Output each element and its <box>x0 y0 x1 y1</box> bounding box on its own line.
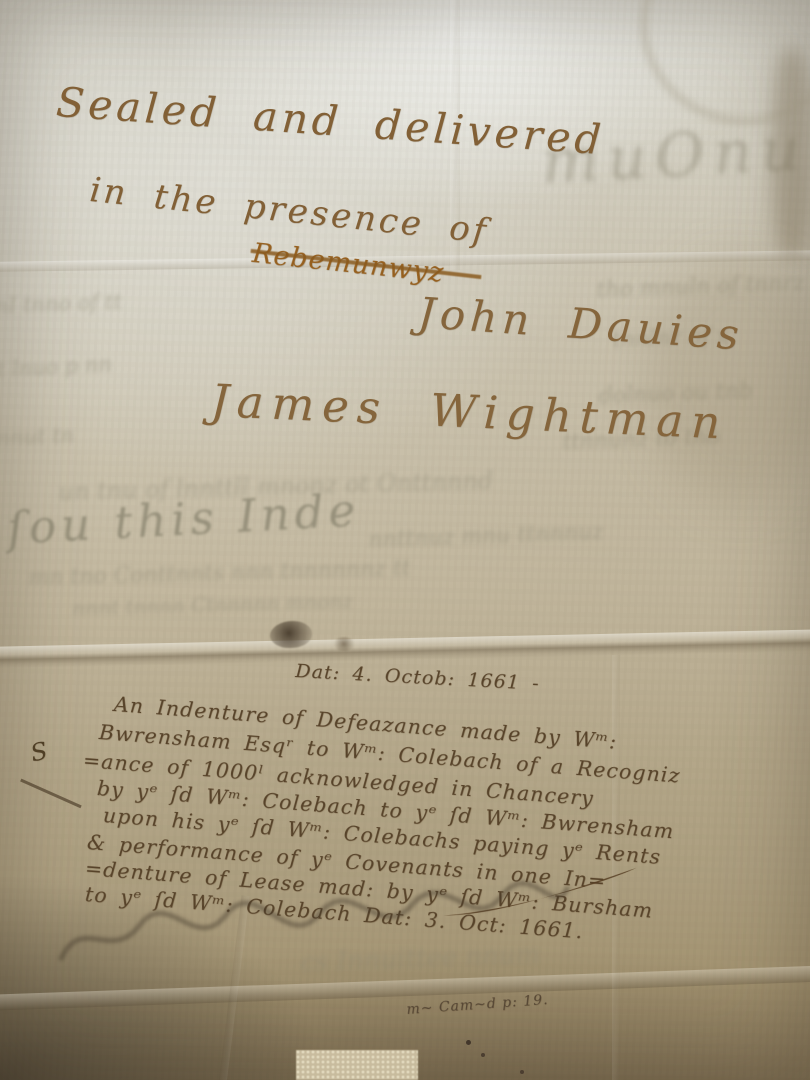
show-through-line: nnut tn <box>0 423 74 450</box>
ink-dot <box>520 1070 524 1074</box>
ink-dot <box>466 1040 471 1045</box>
repair-patch <box>296 1050 418 1080</box>
show-through-line: nI tnno of tt <box>0 290 122 318</box>
ink-dot <box>481 1053 485 1057</box>
ink-stain-blob-small <box>333 637 355 651</box>
manuscript-photo: muOnum tho mnuln of tnnrz nI tnno of tt … <box>0 0 810 1080</box>
ink-stain-blob <box>270 621 312 648</box>
